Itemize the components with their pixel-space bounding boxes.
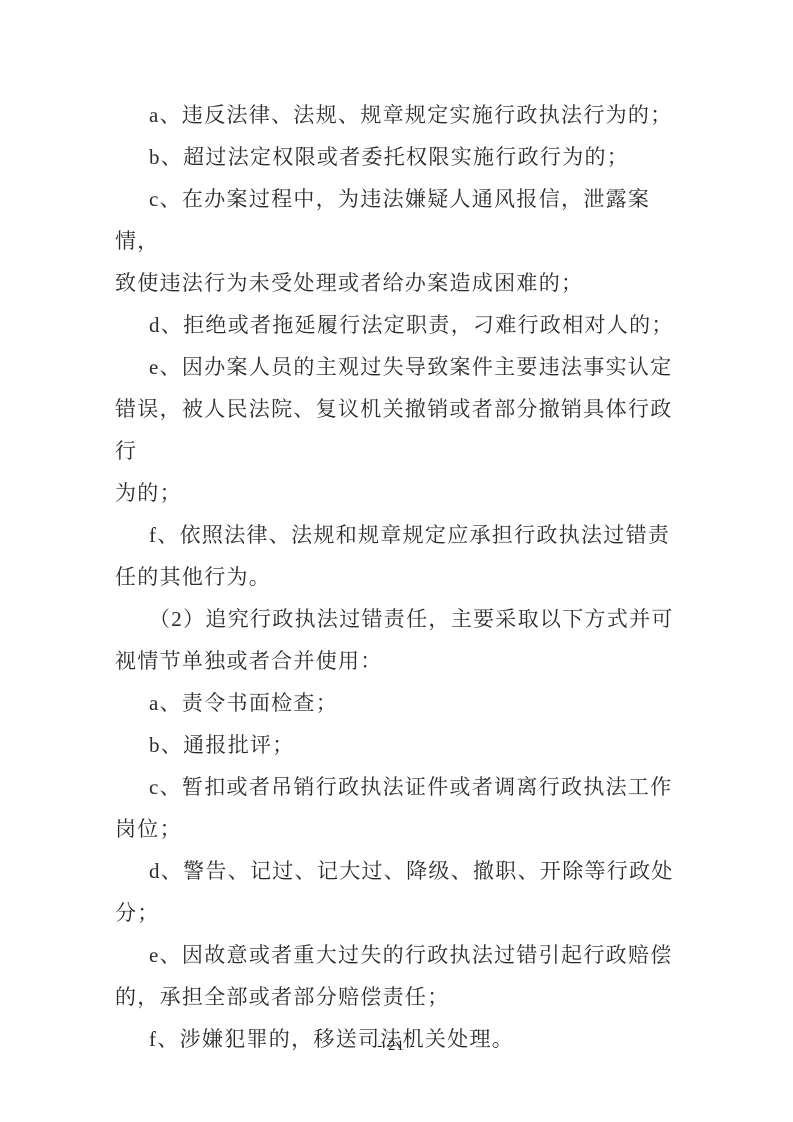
paragraph: b、通报批评； xyxy=(115,724,693,766)
paragraph: e、因故意或者重大过失的行政执法过错引起行政赔偿 的，承担全部或者部分赔偿责任； xyxy=(115,934,693,1018)
page-footer: - 21 - xyxy=(0,1037,793,1055)
document-body: a、违反法律、法规、规章规定实施行政执法行为的；b、超过法定权限或者委托权限实施… xyxy=(115,94,693,1060)
paragraph: c、暂扣或者吊销行政执法证件或者调离行政执法工作 岗位； xyxy=(115,766,693,850)
paragraph: f、依照法律、法规和规章规定应承担行政执法过错责 任的其他行为。 xyxy=(115,514,693,598)
page-number: - 21 - xyxy=(377,1038,416,1054)
paragraph: b、超过法定权限或者委托权限实施行政行为的； xyxy=(115,136,693,178)
paragraph: d、警告、记过、记大过、降级、撤职、开除等行政处 分； xyxy=(115,850,693,934)
paragraph: e、因办案人员的主观过失导致案件主要违法事实认定 错误，被人民法院、复议机关撤销… xyxy=(115,346,693,514)
paragraph: a、违反法律、法规、规章规定实施行政执法行为的； xyxy=(115,94,693,136)
paragraph: （2）追究行政执法过错责任，主要采取以下方式并可 视情节单独或者合并使用： xyxy=(115,598,693,682)
paragraph: d、拒绝或者拖延履行法定职责，刁难行政相对人的； xyxy=(115,304,693,346)
paragraph: c、在办案过程中，为违法嫌疑人通风报信，泄露案情， 致使违法行为未受处理或者给办… xyxy=(115,178,693,304)
document-page: a、违反法律、法规、规章规定实施行政执法行为的；b、超过法定权限或者委托权限实施… xyxy=(0,0,793,1122)
paragraph: a、责令书面检查； xyxy=(115,682,693,724)
